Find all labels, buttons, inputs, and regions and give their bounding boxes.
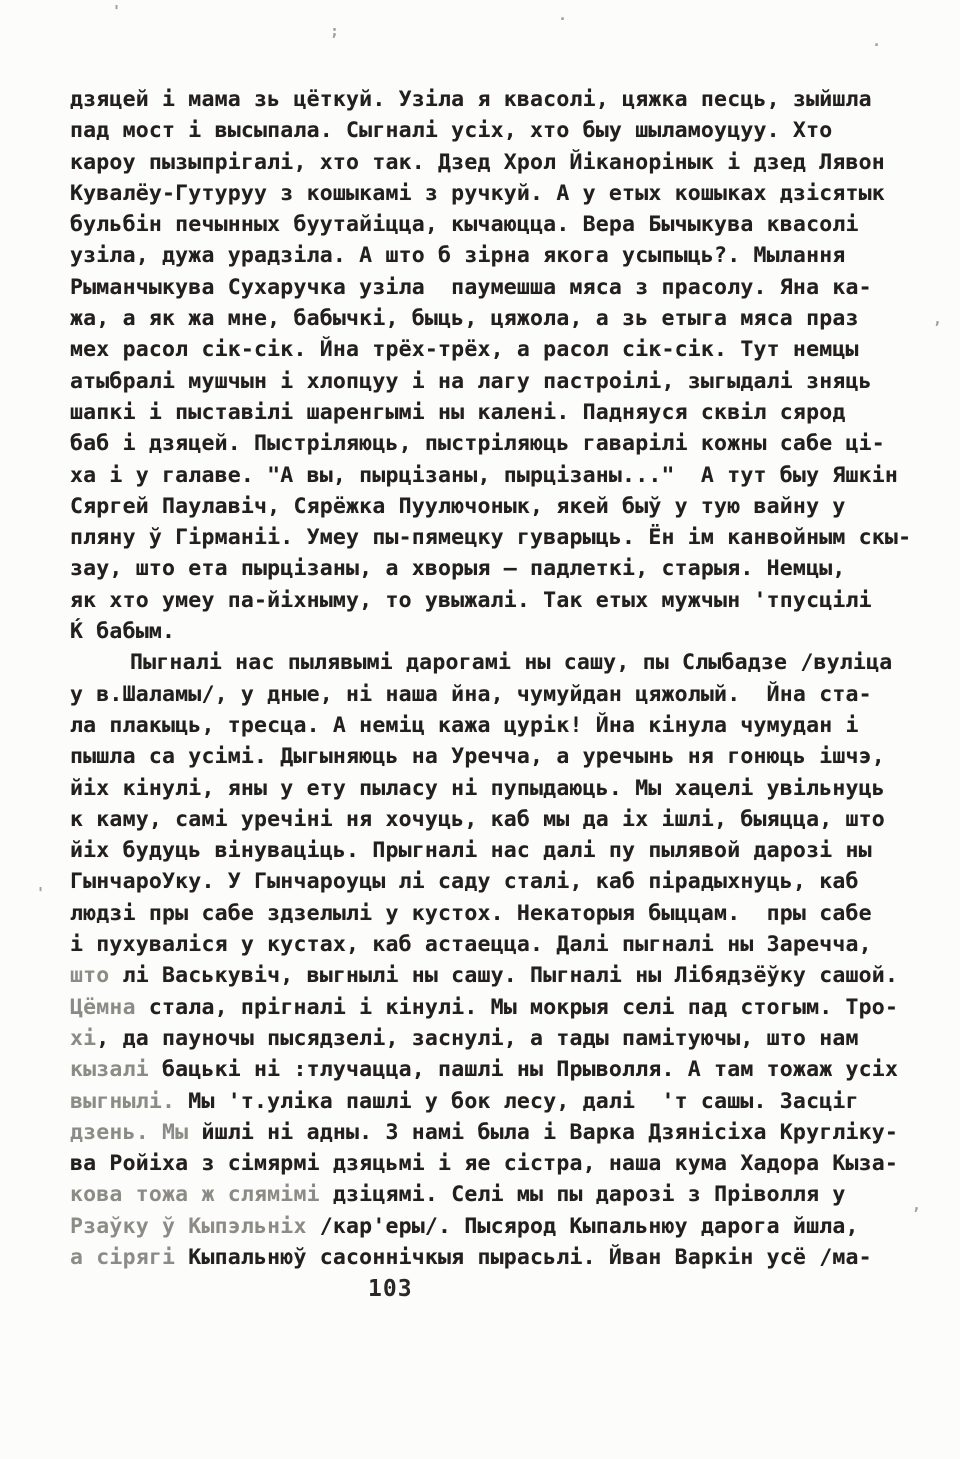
scan-speck: ' (112, 2, 121, 20)
scan-speck: , (933, 310, 942, 328)
text-fragment: /кар'еры/. Пысярод Кыпальнюу дарога йшла… (307, 1214, 859, 1239)
text-fragment: дзіцямі. Селі мы пы дарозі з Пріволля у (320, 1182, 846, 1207)
text-line: кызалі бацькі ні :тлучацца, пашлі ны Пры… (70, 1054, 910, 1085)
scan-speck: , (912, 1196, 921, 1214)
page-text: дзяцей і мама зь цёткуй. Узіла я квасолі… (70, 84, 910, 1273)
text-line: Кувалёу-Гутуруу з кошыкамі з ручкуй. А у… (70, 178, 910, 209)
text-line: мех расол сік-сік. Йна трёх-трёх, а расо… (70, 334, 910, 365)
text-line: ха і у галаве. "А вы, пырцізаны, пырціза… (70, 460, 910, 491)
faded-text-fragment: Цёмна (70, 995, 136, 1020)
faded-text-fragment: што (70, 963, 109, 988)
text-fragment: Мы 'т.уліка пашлі у бок лесу, далі 'т са… (175, 1089, 859, 1114)
text-line: баб і дзяцей. Пыстріляюць, пыстріляюць г… (70, 428, 910, 459)
text-fragment: стала, прігналі і кінулі. Мы мокрыя селі… (136, 995, 898, 1020)
text-line: у в.Шаламы/, у дные, ні наша йна, чумуйд… (70, 679, 910, 710)
text-line: зау, што ета пырцізаны, а хворыя — падле… (70, 553, 910, 584)
text-line: пляну ў Гірманіі. Умеу пы-пямецку гувары… (70, 522, 910, 553)
text-line: кароу пызыпрігалі, хто так. Дзед Хрол Йі… (70, 147, 910, 178)
text-line: дзень. Мы йшлі ні адны. З намі была і Ва… (70, 1117, 910, 1148)
text-line: пышла са усімі. Дыгыняюць на Уречча, а у… (70, 741, 910, 772)
text-line: а сірягі Кыпальнюў сасоннічкыя пырасьлі.… (70, 1242, 910, 1273)
text-line: выгнылі. Мы 'т.уліка пашлі у бок лесу, д… (70, 1086, 910, 1117)
text-line: Рзаўку ў Кыпэльніх /кар'еры/. Пысярод Кы… (70, 1211, 910, 1242)
faded-text-fragment: хі (70, 1026, 96, 1051)
faded-text-fragment: кова тожа ж слямімі (70, 1182, 320, 1207)
text-line: йіх будуць вінуваціць. Прыгналі нас далі… (70, 835, 910, 866)
text-line: Ќ бабым. (70, 616, 910, 647)
scanned-page: дзяцей і мама зь цёткуй. Узіла я квасолі… (0, 0, 960, 1459)
text-line: Пыгналі нас пылявымі дарогамі ны сашу, п… (70, 647, 910, 678)
text-line: бульбін печынных буутайіцца, кычаюцца. В… (70, 209, 910, 240)
text-line: атыбралі мушчын і хлопцуу і на лагу паст… (70, 366, 910, 397)
text-line: Рыманчыкува Сухаручка узіла паумешша мяс… (70, 272, 910, 303)
text-fragment: лі Васькувіч, выгнылі ны сашу. Пыгналі н… (109, 963, 898, 988)
scan-speck: ' (36, 884, 45, 902)
text-line: пад мост і высыпала. Сыгналі усіх, хто б… (70, 115, 910, 146)
page-number: 103 (368, 1276, 413, 1302)
text-fragment: , да пауночы пысядзелі, заснулі, а тады … (96, 1026, 858, 1051)
faded-text-fragment: Рзаўку ў Кыпэльніх (70, 1214, 307, 1239)
scan-speck: · (558, 10, 567, 28)
scan-speck: · (872, 36, 881, 54)
text-line: людзі пры сабе здзелылі у кустох. Некато… (70, 898, 910, 929)
faded-text-fragment: дзень. Мы (70, 1120, 188, 1145)
text-line: узіла, дужа урадзіла. А што б зірна яког… (70, 240, 910, 271)
text-line: ла плакыць, тресца. А неміц кажа цурік! … (70, 710, 910, 741)
text-line: і пухуваліся у кустах, каб астаецца. Дал… (70, 929, 910, 960)
scan-speck: ; (330, 22, 339, 40)
text-fragment: Кыпальнюў сасоннічкыя пырасьлі. Йван Вар… (188, 1245, 872, 1270)
text-line: жа, а як жа мне, бабычкі, быць, цяжола, … (70, 303, 910, 334)
text-line: хі, да пауночы пысядзелі, заснулі, а тад… (70, 1023, 910, 1054)
text-line: ГынчароУку. У Гынчароуцы лі саду сталі, … (70, 866, 910, 897)
text-line: Сяргей Паулавіч, Сярёжка Пуулючонык, яке… (70, 491, 910, 522)
text-line: як хто умеу па-йіхныму, то увыжалі. Так … (70, 585, 910, 616)
text-line: Цёмна стала, прігналі і кінулі. Мы мокры… (70, 992, 910, 1023)
text-line: к каму, самі уречіні ня хочуць, каб мы д… (70, 804, 910, 835)
text-line: дзяцей і мама зь цёткуй. Узіла я квасолі… (70, 84, 910, 115)
text-fragment: йшлі ні адны. З намі была і Варка Дзяніс… (188, 1120, 898, 1145)
faded-text-fragment: выгнылі. (70, 1089, 175, 1114)
text-fragment: бацькі ні :тлучацца, пашлі ны Прыволля. … (149, 1057, 898, 1082)
text-line: ва Ройіха з сімярмі дзяцьмі і яе сістра,… (70, 1148, 910, 1179)
text-line: шапкі і пыставілі шаренгымі ны калені. П… (70, 397, 910, 428)
text-line: йіх кінулі, яны у ету пыласу ні пупыдаюц… (70, 773, 910, 804)
faded-text-fragment: кызалі (70, 1057, 149, 1082)
text-line: што лі Васькувіч, выгнылі ны сашу. Пыгна… (70, 960, 910, 991)
faded-text-fragment: а сірягі (70, 1245, 188, 1270)
text-line: кова тожа ж слямімі дзіцямі. Селі мы пы … (70, 1179, 910, 1210)
